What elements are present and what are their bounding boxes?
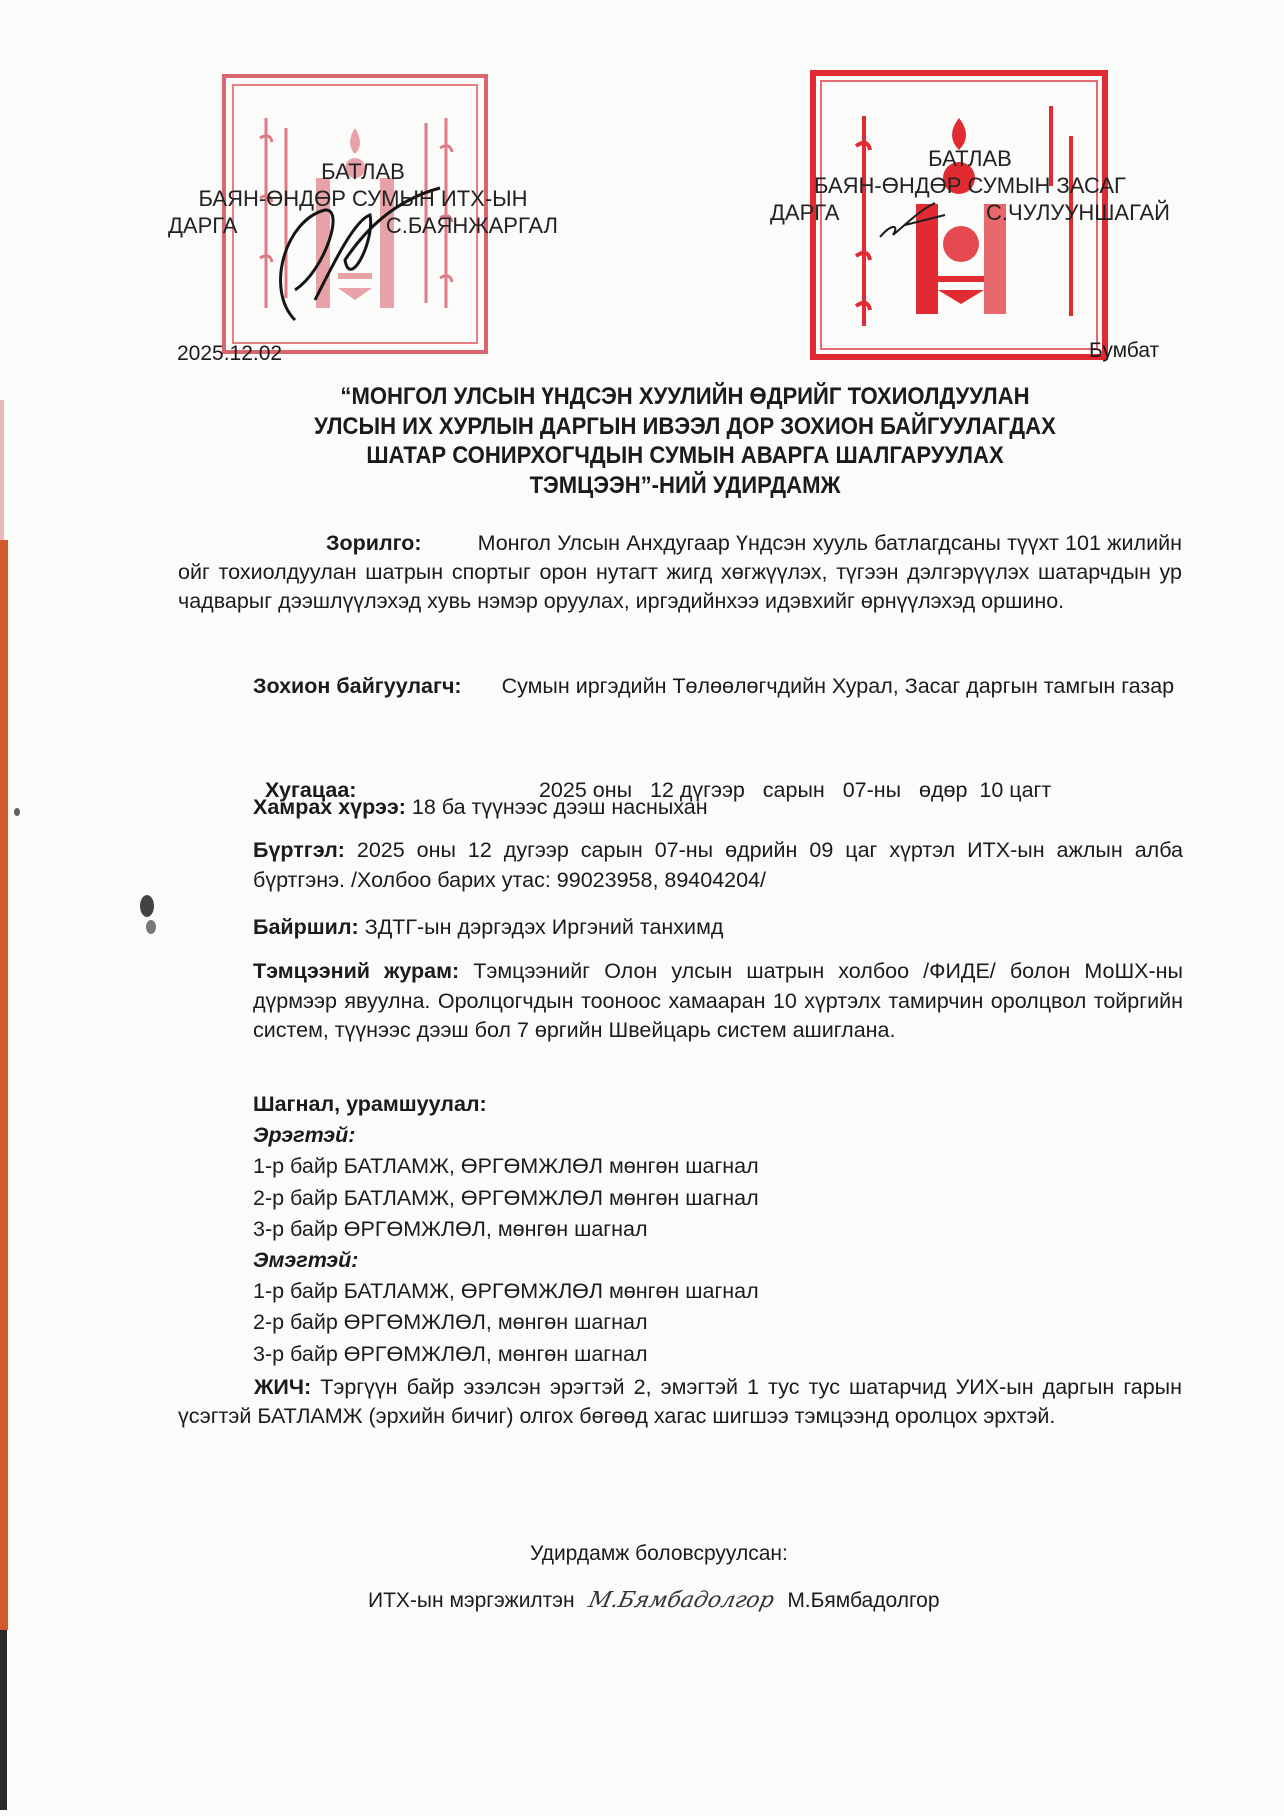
awards-label: Шагнал, урамшуулал: (253, 1089, 759, 1120)
section-scope: Хамрах хүрээ: 18 ба түүнээс дээш насныха… (253, 793, 1183, 823)
note-text: Тэргүүн байр эзэлсэн эрэгтэй 2, эмэгтэй … (178, 1375, 1182, 1428)
approval-name: С.БАЯНЖАРГАЛ (386, 212, 558, 239)
approval-org: БАЯН-ӨНДӨР СУМЫН ЗАСАГ (770, 172, 1170, 199)
document-title: “МОНГОЛ УЛСЫН ҮНДСЭН ХУУЛИЙН ӨДРИЙГ ТОХИ… (266, 382, 1103, 500)
scope-label: Хамрах хүрээ: (253, 795, 406, 819)
section-rules: Тэмцээний журам: Тэмцээнийг Олон улсын ш… (253, 957, 1183, 1046)
section-location: Байршил: ЗДТГ-ын дэргэдэх Иргэний танхим… (253, 913, 1183, 943)
approval-block-right: БАТЛАВ БАЯН-ӨНДӨР СУМЫН ЗАСАГ ДАРГА С.ЧУ… (770, 145, 1170, 226)
title-line: УЛСЫН ИХ ХУРЛЫН ДАРГЫН ИВЭЭЛ ДОР ЗОХИОН … (266, 412, 1103, 442)
scope-text: 18 ба түүнээс дээш насныхан (412, 795, 708, 819)
approval-name: С.ЧУЛУУНШАГАЙ (986, 199, 1170, 226)
document-date: 2025.12.02 (177, 342, 282, 366)
preparer-name: М.Бямбадолгор (787, 1589, 939, 1613)
ink-smudge (146, 920, 156, 934)
approval-heading: БАТЛАВ (168, 158, 558, 185)
note-label: ЖИЧ: (178, 1375, 311, 1399)
approval-role: ДАРГА (770, 199, 839, 226)
ink-smudge (14, 808, 20, 816)
title-line: ШАТАР СОНИРХОГЧДЫН СУМЫН АВАРГА ШАЛГАРУУ… (266, 441, 1103, 471)
section-awards: Шагнал, урамшуулал: Эрэгтэй: 1-р байр БА… (253, 1089, 759, 1370)
awards-group-women: Эмэгтэй: (253, 1245, 759, 1276)
prepared-by-line: ИТХ-ын мэргэжилтэн М.Бямбадолгор М.Бямба… (368, 1588, 940, 1613)
section-goal: Зорилго:Монгол Улсын Анхдугаар Үндсэн ху… (178, 529, 1182, 616)
award-item: 1-р байр БАТЛАМЖ, ӨРГӨМЖЛӨЛ мөнгөн шагна… (253, 1276, 759, 1307)
goal-label: Зорилго: (254, 531, 422, 555)
paper-edge-background (0, 540, 8, 1630)
awards-group-men: Эрэгтэй: (253, 1120, 759, 1151)
approval-block-left: БАТЛАВ БАЯН-ӨНДӨР СУМЫН ИТХ-ЫН ДАРГА С.Б… (168, 158, 558, 239)
approval-role: ДАРГА (168, 212, 237, 239)
approval-org: БАЯН-ӨНДӨР СУМЫН ИТХ-ЫН (168, 185, 558, 212)
rules-label: Тэмцээний журам: (253, 959, 459, 983)
section-registration: Бүртгэл: 2025 оны 12 дугээр сарын 07-ны … (253, 836, 1183, 895)
award-item: 3-р байр ӨРГӨМЖЛӨЛ, мөнгөн шагнал (253, 1214, 759, 1245)
prepared-by-label: Удирдамж боловсруулсан: (530, 1542, 788, 1566)
location-text: ЗДТГ-ын дэргэдэх Иргэний танхимд (365, 915, 724, 939)
award-item: 2-р байр ӨРГӨМЖЛӨЛ, мөнгөн шагнал (253, 1307, 759, 1338)
location-label: Байршил: (253, 915, 359, 939)
section-note: ЖИЧ: Тэргүүн байр эзэлсэн эрэгтэй 2, эмэ… (178, 1373, 1182, 1431)
registration-label: Бүртгэл: (253, 838, 345, 862)
award-item: 1-р байр БАТЛАМЖ, ӨРГӨМЖЛӨЛ мөнгөн шагна… (253, 1151, 759, 1182)
approval-heading: БАТЛАВ (770, 145, 1170, 172)
organizer-text: Сумын иргэдийн Төлөөлөгчдийн Хурал, Заса… (502, 674, 1175, 698)
title-line: “МОНГОЛ УЛСЫН ҮНДСЭН ХУУЛИЙН ӨДРИЙГ ТОХИ… (266, 382, 1103, 412)
registration-text: 2025 оны 12 дугээр сарын 07-ны өдрийн 09… (253, 838, 1183, 892)
paper-edge-background-dark (0, 1630, 7, 1810)
document-place: Бумбат (1089, 339, 1159, 363)
award-item: 3-р байр ӨРГӨМЖЛӨЛ, мөнгөн шагнал (253, 1339, 759, 1370)
ink-smudge (140, 895, 154, 917)
section-organizer: Зохион байгуулагч:Сумын иргэдийн Төлөөлө… (253, 672, 1183, 702)
preparer-role: ИТХ-ын мэргэжилтэн (368, 1589, 575, 1613)
title-line: ТЭМЦЭЭН”-НИЙ УДИРДАМЖ (266, 471, 1103, 501)
preparer-signature: М.Бямбадолгор (586, 1588, 776, 1613)
paper-edge-shadow (0, 400, 4, 540)
organizer-label: Зохион байгуулагч: (253, 674, 462, 698)
award-item: 2-р байр БАТЛАМЖ, ӨРГӨМЖЛӨЛ мөнгөн шагна… (253, 1183, 759, 1214)
